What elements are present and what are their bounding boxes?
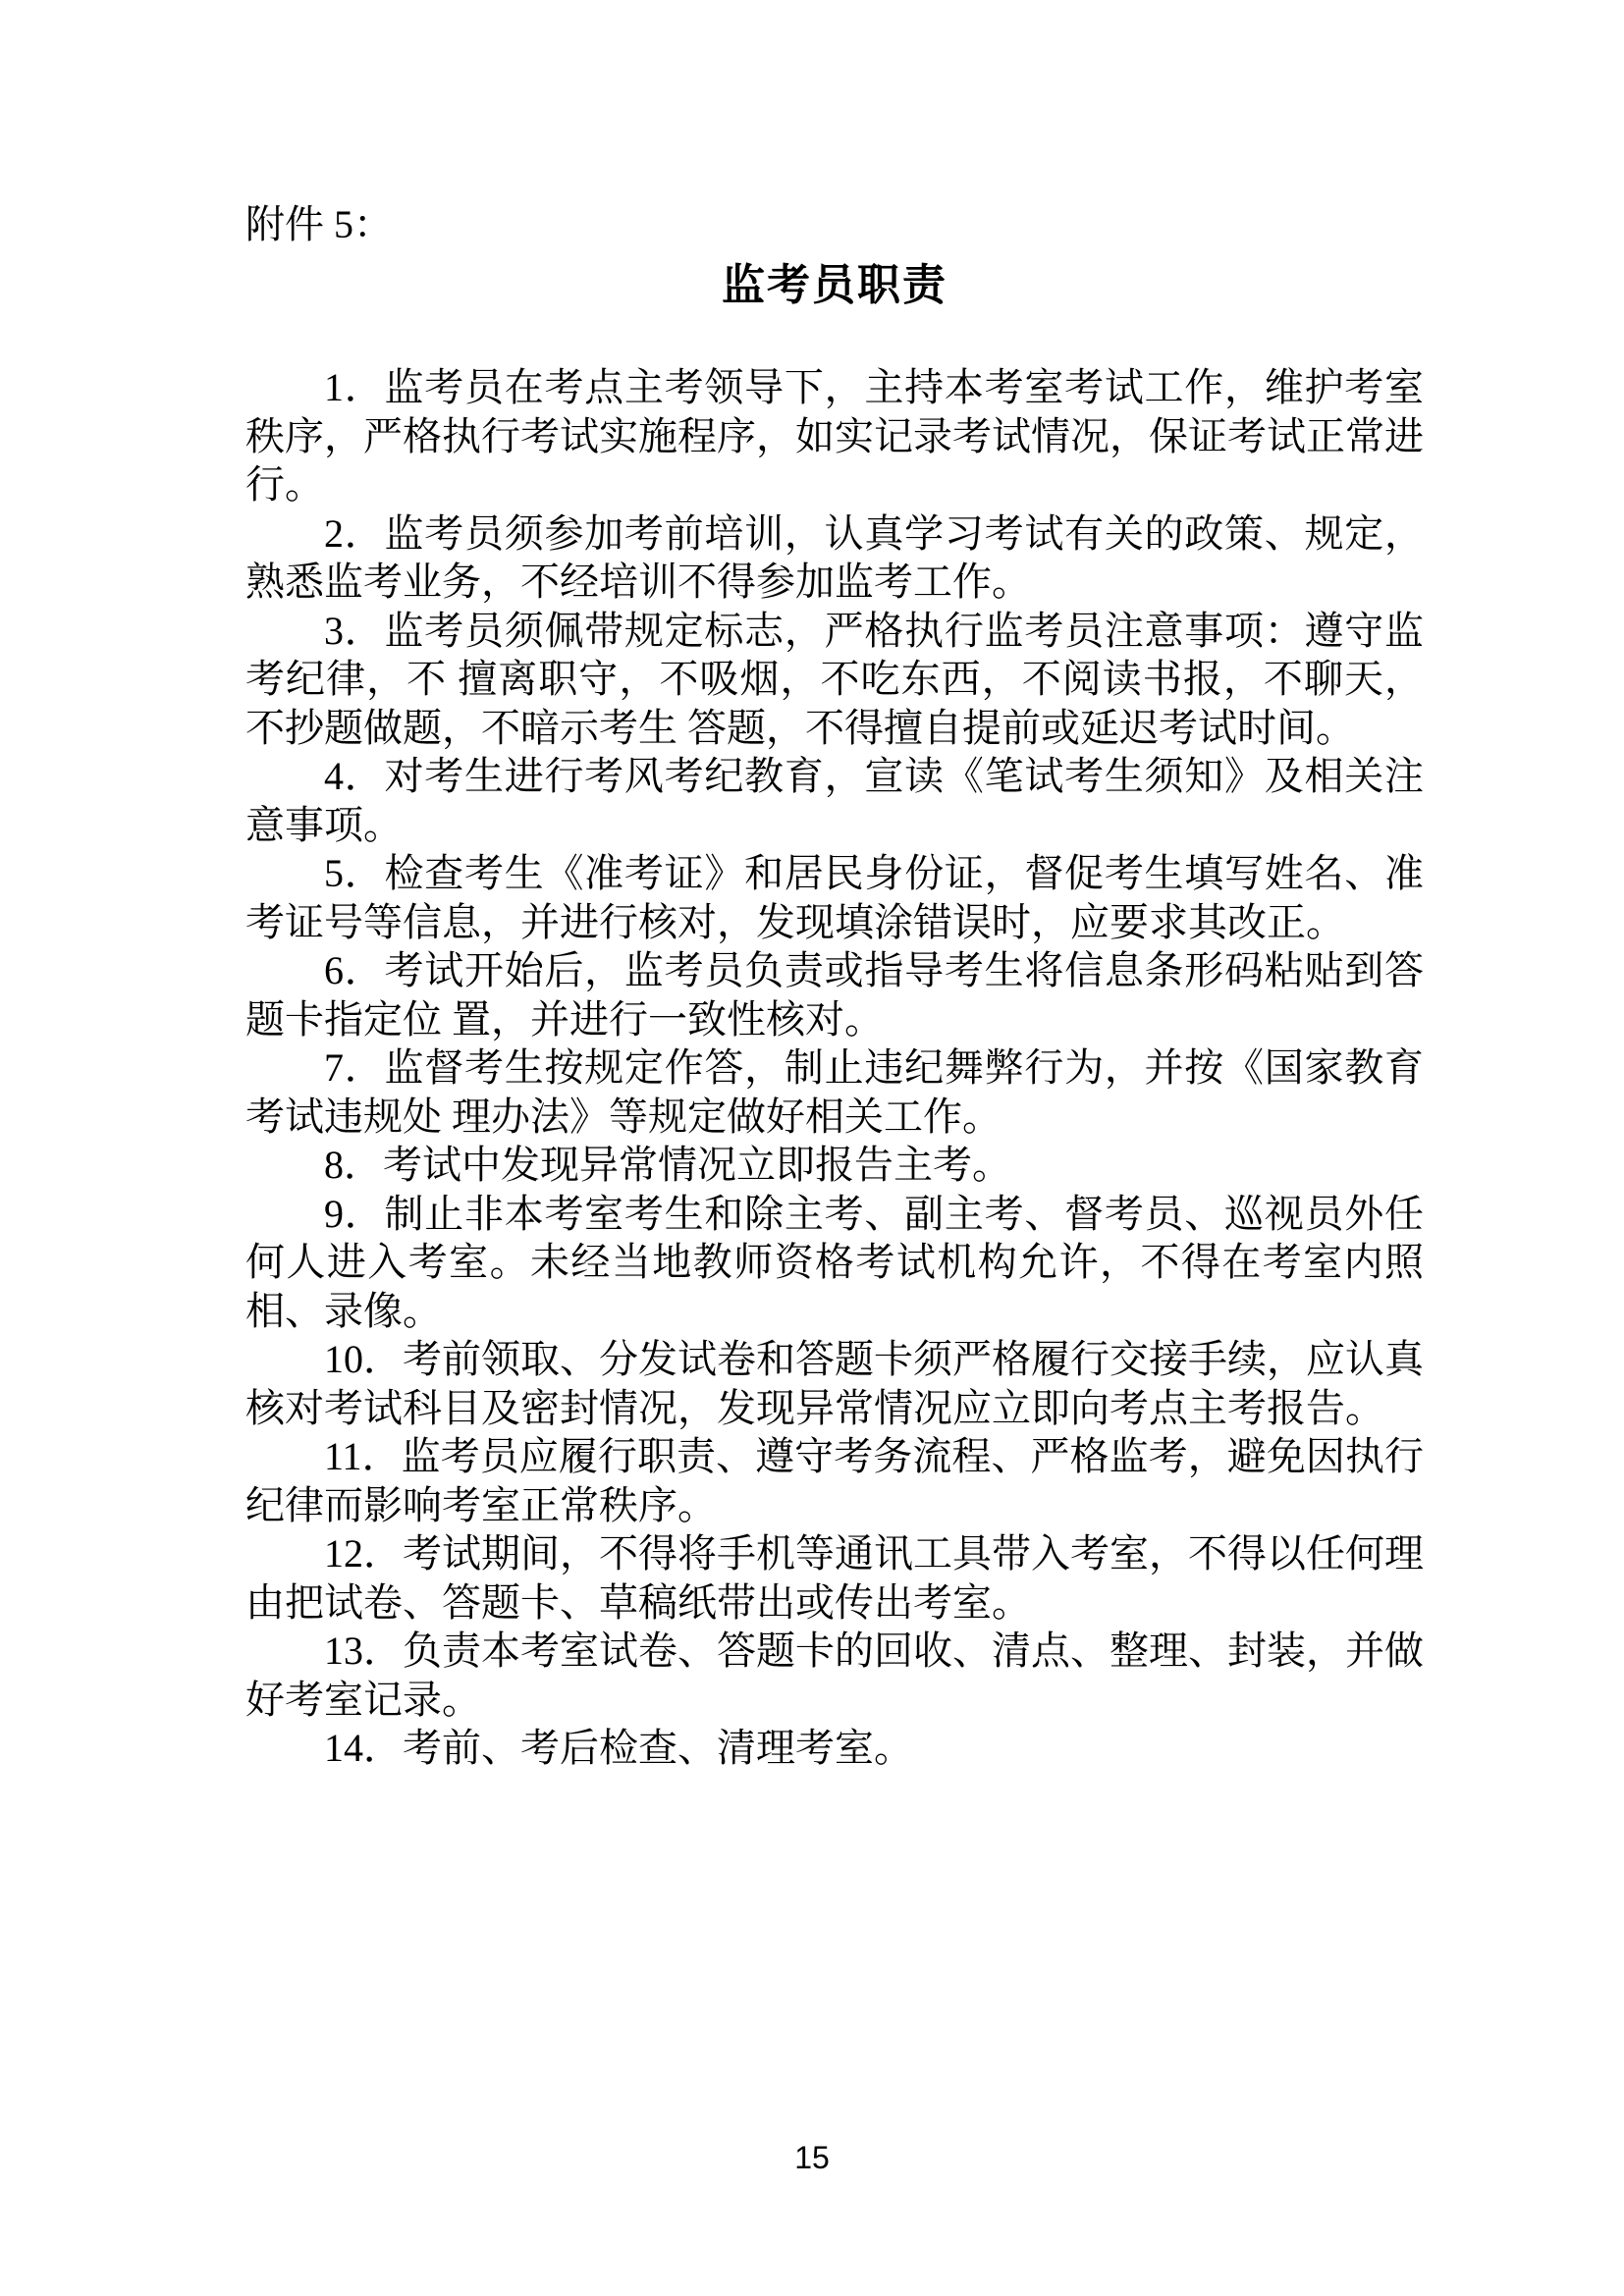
duty-item-3: 3．监考员须佩带规定标志，严格执行监考员注意事项：遵守监考纪律，不 擅离职守，不… [245,607,1424,753]
duty-item-12: 12．考试期间，不得将手机等通讯工具带入考室，不得以任何理由把试卷、答题卡、草稿… [245,1529,1424,1627]
duty-item-7: 7．监督考生按规定作答，制止违纪舞弊行为，并按《国家教育考试违规处 理办法》等规… [245,1043,1424,1141]
duty-item-5: 5．检查考生《准考证》和居民身份证，督促考生填写姓名、准考证号等信息，并进行核对… [245,849,1424,946]
duty-item-2: 2．监考员须参加考前培训，认真学习考试有关的政策、规定，熟悉监考业务，不经培训不… [245,509,1424,607]
duty-item-4: 4．对考生进行考风考纪教育，宣读《笔试考生须知》及相关注意事项。 [245,752,1424,849]
duty-item-11: 11．监考员应履行职责、遵守考务流程、严格监考，避免因执行纪律而影响考室正常秩序… [245,1432,1424,1529]
document-title: 监考员职责 [245,258,1424,313]
duties-list: 1．监考员在考点主考领导下，主持本考室考试工作，维护考室秩序，严格执行考试实施程… [245,363,1424,1773]
page-number: 15 [0,2140,1624,2175]
duty-item-1: 1．监考员在考点主考领导下，主持本考室考试工作，维护考室秩序，严格执行考试实施程… [245,363,1424,509]
duty-item-9: 9．制止非本考室考生和除主考、副主考、督考员、巡视员外任何人进入考室。未经当地教… [245,1190,1424,1336]
attachment-label: 附件 5： [245,199,1424,250]
duty-item-8: 8．考试中发现异常情况立即报告主考。 [245,1141,1424,1190]
document-page: 附件 5： 监考员职责 1．监考员在考点主考领导下，主持本考室考试工作，维护考室… [0,0,1624,2296]
duty-item-6: 6．考试开始后，监考员负责或指导考生将信息条形码粘贴到答题卡指定位 置，并进行一… [245,946,1424,1043]
duty-item-14: 14．考前、考后检查、清理考室。 [245,1724,1424,1773]
duty-item-10: 10．考前领取、分发试卷和答题卡须严格履行交接手续，应认真核对考试科目及密封情况… [245,1335,1424,1432]
duty-item-13: 13．负责本考室试卷、答题卡的回收、清点、整理、封装，并做好考室记录。 [245,1627,1424,1724]
